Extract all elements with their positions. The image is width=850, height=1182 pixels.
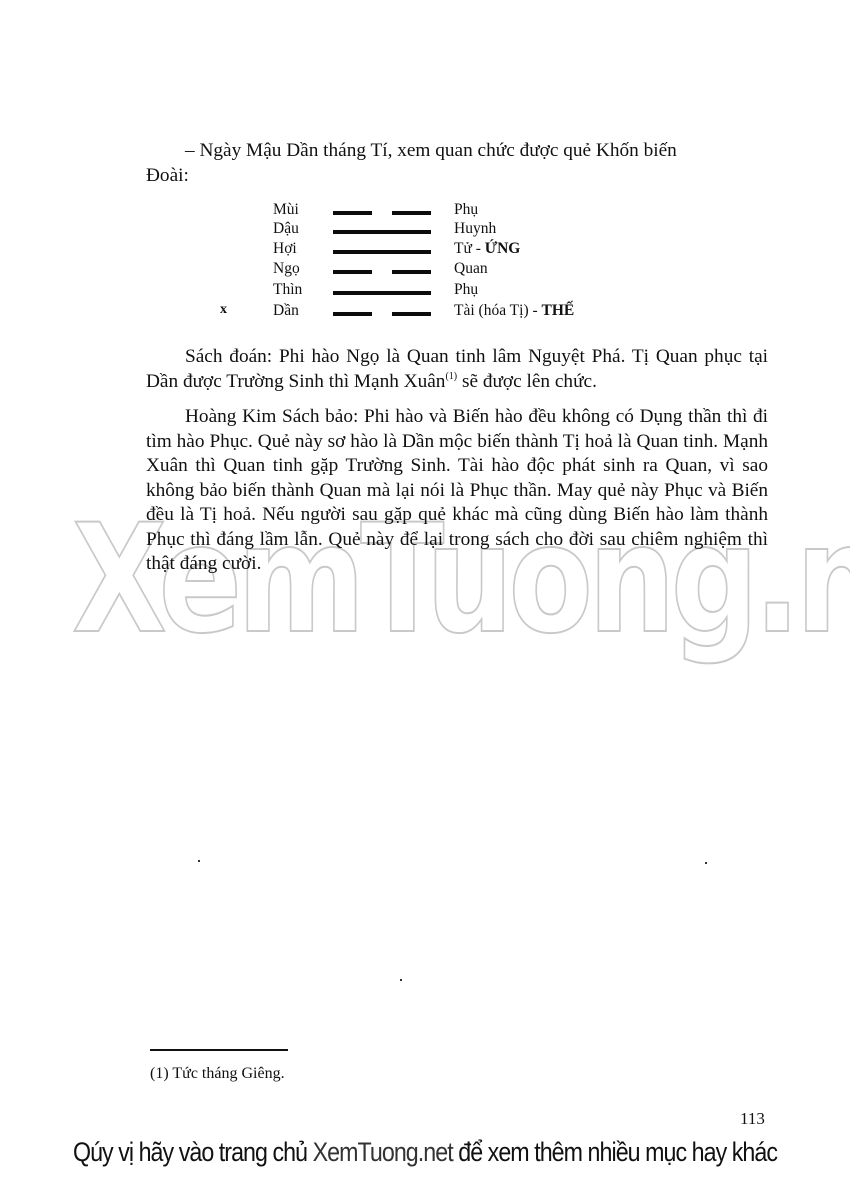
hexagram-row: x Dần Tài (hóa Tị) - THẾ [0, 302, 850, 322]
page-number: 113 [740, 1109, 765, 1129]
intro-line-2: Đoài: [146, 165, 189, 186]
yang-line-icon [333, 250, 431, 254]
footnote-divider [150, 1049, 288, 1051]
six-relation: Tử - ỨNG [454, 240, 520, 258]
footnote: (1) Tức tháng Giêng. [150, 1065, 285, 1083]
six-relation: Huynh [454, 220, 496, 238]
yang-line-icon [333, 291, 431, 295]
scan-speck [400, 979, 402, 981]
relation-label: Huynh [454, 220, 496, 237]
scan-speck [705, 862, 707, 864]
six-relation: Phụ [454, 281, 478, 299]
sach-doan-paragraph: Sách đoán: Phi hào Ngọ là Quan tinh lâm … [146, 345, 768, 394]
yang-line-icon [333, 230, 431, 234]
earthly-branch: Thìn [273, 281, 302, 299]
moving-line-mark: x [220, 302, 227, 318]
yin-line-icon [333, 211, 431, 215]
role-label: THẾ [542, 302, 575, 319]
relation-label: Quan [454, 260, 488, 277]
relation-label: Tử - [454, 240, 485, 257]
relation-label: Phụ [454, 281, 478, 298]
earthly-branch: Hợi [273, 240, 297, 258]
site-link[interactable]: XemTuong.net [313, 1137, 453, 1167]
hexagram-row: Hợi Tử - ỨNG [0, 240, 850, 260]
relation-label: Phụ [454, 201, 478, 218]
earthly-branch: Mùi [273, 201, 299, 219]
footer-text-start: Qúy vị hãy vào trang chủ [73, 1137, 313, 1167]
hexagram-row: Ngọ Quan [0, 260, 850, 280]
scan-speck [198, 860, 200, 862]
hoang-kim-text: Hoàng Kim Sách bảo: Phi hào và Biến hào … [146, 406, 768, 574]
role-label: ỨNG [485, 240, 521, 257]
footer-banner: Qúy vị hãy vào trang chủ XemTuong.net để… [60, 1137, 791, 1168]
earthly-branch: Dậu [273, 220, 299, 238]
hexagram-row: Thìn Phụ [0, 281, 850, 301]
footnote-reference[interactable]: (1) [445, 371, 457, 382]
six-relation: Quan [454, 260, 488, 278]
hoang-kim-paragraph: Hoàng Kim Sách bảo: Phi hào và Biến hào … [146, 405, 768, 577]
book-page: XemTuong.net – Ngày Mậu Dần tháng Tí, xe… [0, 0, 850, 1182]
yin-line-icon [333, 312, 431, 316]
sach-doan-text-end: sẽ được lên chức. [457, 371, 597, 392]
relation-label: Tài (hóa Tị) - [454, 302, 542, 319]
hexagram-row: Dậu Huynh [0, 220, 850, 240]
six-relation: Tài (hóa Tị) - THẾ [454, 302, 574, 320]
earthly-branch: Ngọ [273, 260, 300, 278]
earthly-branch: Dần [273, 302, 299, 320]
six-relation: Phụ [454, 201, 478, 219]
intro-line-1: – Ngày Mậu Dần tháng Tí, xem quan chức đ… [185, 140, 677, 161]
intro-paragraph: – Ngày Mậu Dần tháng Tí, xem quan chức đ… [146, 139, 768, 188]
hexagram-row: Mùi Phụ [0, 201, 850, 221]
yin-line-icon [333, 270, 431, 274]
footer-text-end: để xem thêm nhiều mục hay khác [453, 1137, 777, 1167]
